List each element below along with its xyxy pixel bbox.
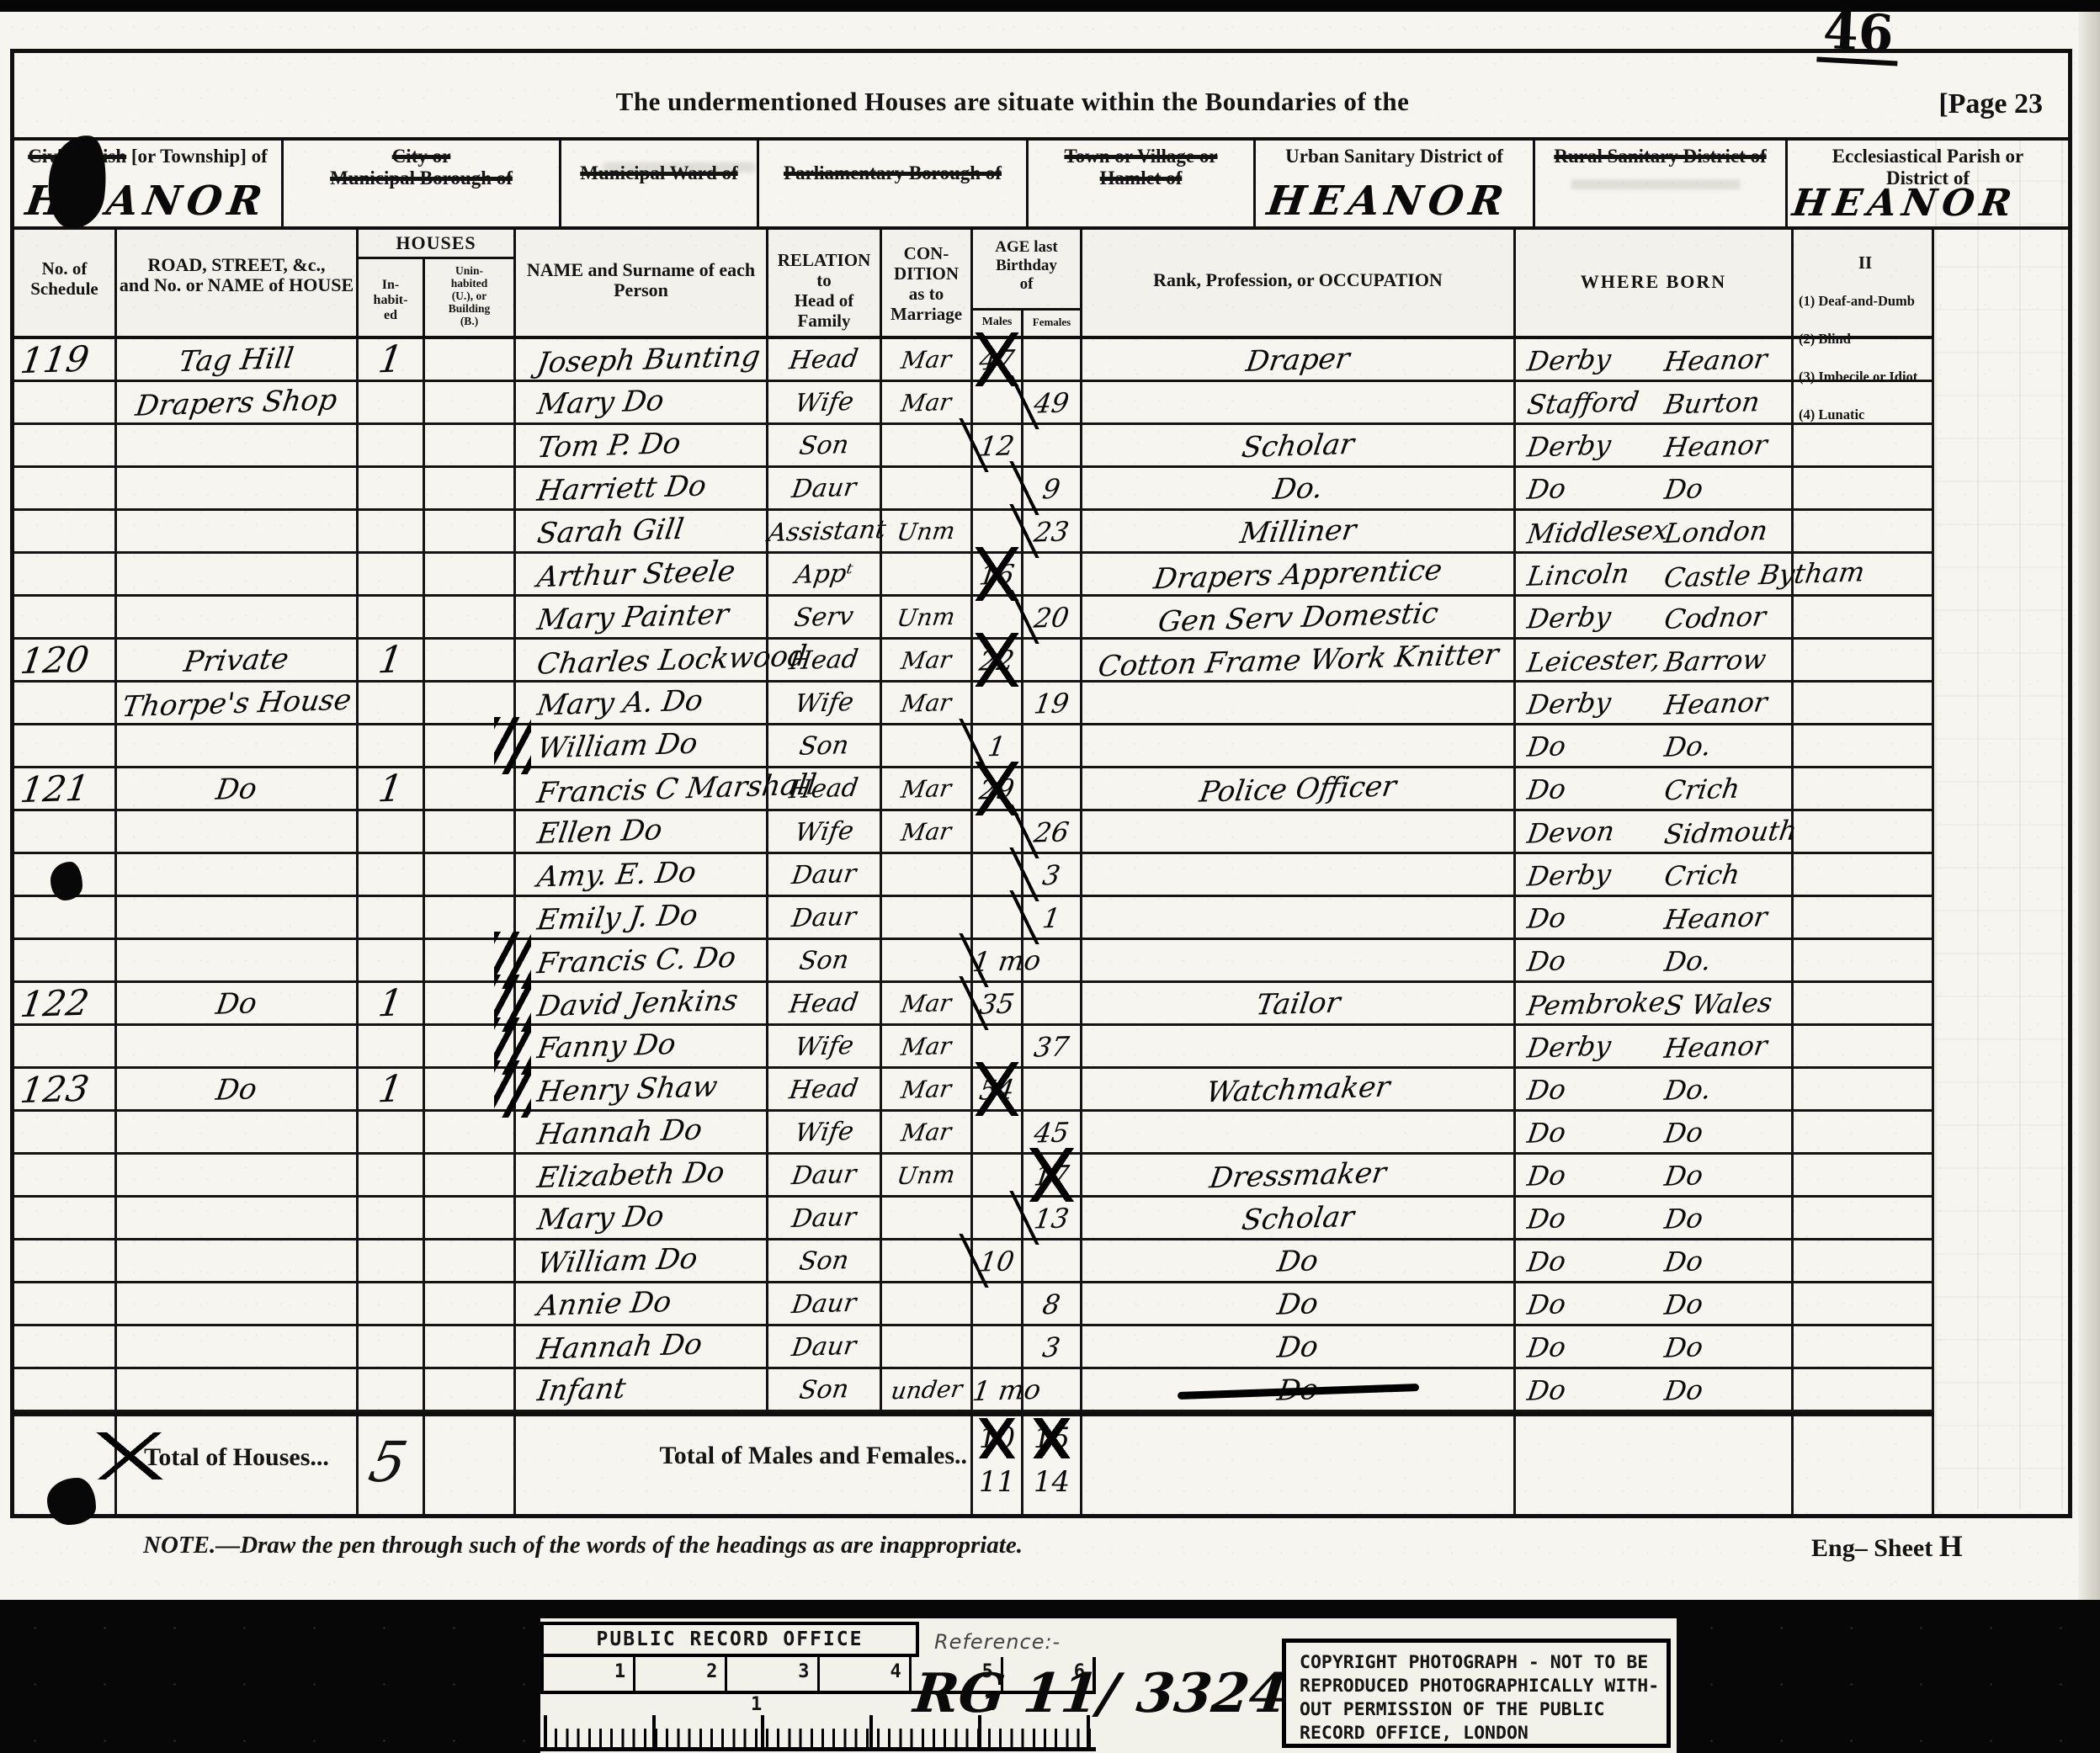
public-record-office-stamp: PUBLIC RECORD OFFICE 1 2 3 4 5 6 1 2 Ref… — [540, 1618, 1677, 1753]
census-photograph: 46 The undermentioned Houses are situate… — [0, 0, 2100, 1753]
cell-u2 — [1794, 940, 1934, 980]
ruler-number: 3 — [727, 1657, 819, 1691]
cell-born: DerbyHeanor — [1516, 1026, 1794, 1066]
cell-occ: Cotton Frame Work Knitter — [1082, 640, 1516, 680]
cell-schedule — [14, 897, 117, 938]
cell-u1 — [425, 1283, 516, 1324]
cell-rel: Appᵗ — [768, 554, 882, 594]
cell-rel: Son — [768, 1240, 882, 1281]
cell-u2 — [1794, 597, 1934, 637]
col-houses-group: HOUSES In- habit- ed Unin- habited (U.),… — [359, 230, 516, 336]
cell-road — [117, 1198, 359, 1238]
cell-af: 20 — [1023, 597, 1082, 637]
cell-rel: Wife — [768, 811, 882, 852]
cell-am: 1 — [973, 725, 1023, 766]
cell-rel: Head — [768, 640, 882, 680]
cell-am — [973, 468, 1023, 508]
cell-born: DoDo — [1516, 1326, 1794, 1367]
district-town-village: Town or Village or Hamlet of — [1029, 141, 1256, 226]
table-row: InfantSonunder1 moDoDoDo — [14, 1369, 1934, 1412]
cell-af — [1023, 339, 1082, 380]
cell-road — [117, 425, 359, 465]
cell-u2 — [1794, 1069, 1934, 1109]
totals-born-cell — [1516, 1416, 1794, 1514]
cell-inh — [359, 597, 425, 637]
cell-cond: Unm — [882, 1155, 973, 1195]
cell-cond: Mar — [882, 1069, 973, 1109]
cell-am: 1 mo — [973, 1369, 1023, 1410]
totals-occupation-cell — [1082, 1416, 1516, 1514]
col-disability-title: II — [1799, 253, 1932, 272]
table-row: Annie DoDaur8DoDoDo — [14, 1283, 1934, 1326]
table-row: 122Do1David JenkinsHeadMar35TailorPembro… — [14, 983, 1934, 1026]
cell-name: Francis C Marshall — [516, 768, 768, 809]
table-header: No. of Schedule ROAD, STREET, &c., and N… — [14, 230, 1934, 339]
cell-u2 — [1794, 725, 1934, 766]
cell-name: Joseph Bunting — [516, 339, 768, 380]
cell-road — [117, 811, 359, 852]
cell-af — [1023, 940, 1082, 980]
page-edge — [2078, 12, 2100, 1600]
table-row: 123Do1Henry ShawHeadMar54WatchmakerDoDo. — [14, 1069, 1934, 1112]
cell-am — [973, 1198, 1023, 1238]
col-name: NAME and Surname of each Person — [516, 230, 768, 336]
cell-am — [973, 511, 1023, 551]
table-row: Mary PainterServUnm20Gen Serv DomesticDe… — [14, 597, 1934, 640]
cell-name: Arthur Steele — [516, 554, 768, 594]
cell-schedule — [14, 1369, 117, 1410]
cell-occ — [1082, 897, 1516, 938]
cell-af: 49 — [1023, 382, 1082, 422]
cell-inh: 1 — [359, 339, 425, 380]
district-parliamentary-borough: Parliamentary Borough of — [759, 141, 1029, 226]
cell-af — [1023, 768, 1082, 809]
district-boxes-row: Civil Parish [or Township] of HEANOR Cit… — [14, 137, 2068, 230]
cell-name: Hannah Do — [516, 1112, 768, 1152]
cell-u1 — [425, 725, 516, 766]
totals-uninhabited-cell — [425, 1416, 516, 1514]
cell-name: Fanny Do — [516, 1026, 768, 1066]
cell-rel: Daur — [768, 897, 882, 938]
cell-name: Elizabeth Do — [516, 1155, 768, 1195]
cell-born: Leicester,Barrow — [1516, 640, 1794, 680]
cell-af: 9 — [1023, 468, 1082, 508]
cell-cond — [882, 725, 973, 766]
col-road: ROAD, STREET, &c., and No. or NAME of HO… — [117, 230, 359, 336]
cell-af — [1023, 554, 1082, 594]
cell-rel: Daur — [768, 1326, 882, 1367]
cell-rel: Head — [768, 768, 882, 809]
cell-cond: Mar — [882, 768, 973, 809]
ruler-number: 4 — [820, 1657, 912, 1691]
table-row: Harriett DoDaur9Do.DoDo — [14, 468, 1934, 511]
cell-road — [117, 1112, 359, 1152]
cell-af — [1023, 983, 1082, 1023]
cell-schedule — [14, 1240, 117, 1281]
cell-rel: Son — [768, 725, 882, 766]
cell-inh — [359, 382, 425, 422]
cell-occ: Draper — [1082, 339, 1516, 380]
pen-cross-mark — [91, 1432, 168, 1479]
cell-road — [117, 1326, 359, 1367]
census-scan-page: 46 The undermentioned Houses are situate… — [0, 12, 2100, 1600]
cell-schedule — [14, 1026, 117, 1066]
cell-cond — [882, 425, 973, 465]
totals-houses-value: 5 — [359, 1416, 425, 1514]
cell-occ: Scholar — [1082, 425, 1516, 465]
cell-occ: Dressmaker — [1082, 1155, 1516, 1195]
cell-u1 — [425, 1069, 516, 1109]
cell-u1 — [425, 811, 516, 852]
cell-road — [117, 940, 359, 980]
table-row: Elizabeth DoDaurUnm17DressmakerDoDo — [14, 1155, 1934, 1198]
cell-road — [117, 854, 359, 895]
cell-name: Henry Shaw — [516, 1069, 768, 1109]
cell-schedule — [14, 1112, 117, 1152]
cell-occ: Drapers Apprentice — [1082, 554, 1516, 594]
cell-u1 — [425, 425, 516, 465]
table-row: Hannah DoDaur3DoDoDo — [14, 1326, 1934, 1369]
cell-inh — [359, 1155, 425, 1195]
col-schedule: No. of Schedule — [14, 230, 117, 336]
cell-cond — [882, 1240, 973, 1281]
col-uninhabited: Unin- habited (U.), or Building (B.) — [425, 259, 513, 336]
cell-am — [973, 1155, 1023, 1195]
cell-schedule — [14, 1198, 117, 1238]
cell-u1 — [425, 1240, 516, 1281]
cell-rel: Daur — [768, 1198, 882, 1238]
cell-u2 — [1794, 811, 1934, 852]
cell-schedule: 123 — [14, 1069, 117, 1109]
table-row: Sarah GillAssistantUnm23MillinerMiddlese… — [14, 511, 1934, 554]
cell-af: 1 — [1023, 897, 1082, 938]
totals-males-crossed: 10 — [973, 1416, 1021, 1460]
table-row: Tom P. DoSon12ScholarDerbyHeanor — [14, 425, 1934, 468]
cell-am — [973, 1326, 1023, 1367]
cell-inh — [359, 1240, 425, 1281]
ruler-number: 1 — [751, 1694, 762, 1715]
cell-cond: Mar — [882, 811, 973, 852]
cell-inh — [359, 683, 425, 723]
cell-rel: Son — [768, 1369, 882, 1410]
cell-u2 — [1794, 382, 1934, 422]
cell-u1 — [425, 940, 516, 980]
cell-am — [973, 683, 1023, 723]
cell-schedule — [14, 811, 117, 852]
cell-af: 8 — [1023, 1283, 1082, 1324]
cell-af — [1023, 1369, 1082, 1410]
cell-cond — [882, 1198, 973, 1238]
cell-cond: Mar — [882, 339, 973, 380]
cell-occ: Police Officer — [1082, 768, 1516, 809]
cell-inh — [359, 1283, 425, 1324]
totals-males-corrected: 11 — [973, 1460, 1021, 1504]
totals-disability-cell — [1794, 1416, 1934, 1514]
cell-born: DoDo — [1516, 468, 1794, 508]
cell-u2 — [1794, 983, 1934, 1023]
table-row: 120Private1Charles LockwoodHeadMar22Cott… — [14, 640, 1934, 683]
cell-inh — [359, 1326, 425, 1367]
cell-cond: Mar — [882, 683, 973, 723]
cell-born: DerbyCrich — [1516, 854, 1794, 895]
cell-inh: 1 — [359, 640, 425, 680]
cell-inh: 1 — [359, 1069, 425, 1109]
cell-inh — [359, 468, 425, 508]
cell-occ: Tailor — [1082, 983, 1516, 1023]
cell-u1 — [425, 1369, 516, 1410]
cell-occ: Scholar — [1082, 1198, 1516, 1238]
cell-schedule: 120 — [14, 640, 117, 680]
cell-occ: Do — [1082, 1240, 1516, 1281]
col-relation: RELATION to Head of Family — [768, 230, 882, 336]
cell-u1 — [425, 511, 516, 551]
col-females: Females — [1023, 311, 1080, 336]
cell-af — [1023, 425, 1082, 465]
cell-born: DoDo — [1516, 1112, 1794, 1152]
cell-u2 — [1794, 683, 1934, 723]
cell-inh — [359, 1112, 425, 1152]
cell-cond: Mar — [882, 382, 973, 422]
cell-u1 — [425, 1155, 516, 1195]
cell-occ: Watchmaker — [1082, 1069, 1516, 1109]
footer-note: NOTE.—Draw the pen through such of the w… — [143, 1532, 1023, 1559]
cell-af — [1023, 1069, 1082, 1109]
cell-inh: 1 — [359, 983, 425, 1023]
cell-road: Do — [117, 983, 359, 1023]
reference-label: Reference:- — [934, 1630, 1061, 1654]
cell-road: Do — [117, 1069, 359, 1109]
cell-am — [973, 897, 1023, 938]
cell-u1 — [425, 468, 516, 508]
cell-rel: Wife — [768, 382, 882, 422]
cell-u1 — [425, 640, 516, 680]
cell-occ — [1082, 382, 1516, 422]
district-label: [or Township] of — [131, 146, 268, 167]
cell-schedule: 122 — [14, 983, 117, 1023]
cell-born: DoHeanor — [1516, 897, 1794, 938]
cell-born: DerbyCodnor — [1516, 597, 1794, 637]
cell-am — [973, 1112, 1023, 1152]
cell-occ — [1082, 1026, 1516, 1066]
ink-smudge — [1571, 179, 1740, 189]
cell-af: 19 — [1023, 683, 1082, 723]
cell-schedule — [14, 554, 117, 594]
col-disability: II (1) Deaf-and-Dumb (2) Blind (3) Imbec… — [1794, 230, 1934, 336]
cell-road — [117, 1369, 359, 1410]
cell-born: DoDo — [1516, 1198, 1794, 1238]
cell-name: Sarah Gill — [516, 511, 768, 551]
cell-u2 — [1794, 1112, 1934, 1152]
cell-u1 — [425, 1026, 516, 1066]
cell-born: StaffordBurton — [1516, 382, 1794, 422]
cell-cond: under — [882, 1369, 973, 1410]
cell-u1 — [425, 1112, 516, 1152]
cell-born: PembrokeS Wales — [1516, 983, 1794, 1023]
cell-rel: Assistant — [768, 511, 882, 551]
cell-name: Annie Do — [516, 1283, 768, 1324]
cell-u2 — [1794, 897, 1934, 938]
cell-born: DoDo — [1516, 1369, 1794, 1410]
cell-road: Do — [117, 768, 359, 809]
cell-born: DoDo — [1516, 1283, 1794, 1324]
cell-road — [117, 1155, 359, 1195]
table-row: Hannah DoWifeMar45DoDo — [14, 1112, 1934, 1155]
col-occupation: Rank, Profession, or OCCUPATION — [1082, 230, 1516, 336]
cell-am: 10 — [973, 1240, 1023, 1281]
totals-males: 10 11 — [973, 1416, 1023, 1514]
photograph-bottom-band: PUBLIC RECORD OFFICE 1 2 3 4 5 6 1 2 Ref… — [0, 1600, 2100, 1753]
census-form-frame: The undermentioned Houses are situate wi… — [10, 49, 2072, 1518]
cell-born: DerbyHeanor — [1516, 683, 1794, 723]
cell-rel: Son — [768, 940, 882, 980]
cell-u2 — [1794, 1240, 1934, 1281]
table-row: William DoSon10DoDoDo — [14, 1240, 1934, 1283]
cell-road — [117, 511, 359, 551]
cell-inh — [359, 940, 425, 980]
cell-am: 54 — [973, 1069, 1023, 1109]
census-rows: 119Tag Hill1Joseph BuntingHeadMar47Drape… — [14, 339, 1934, 1412]
cell-occ: Gen Serv Domestic — [1082, 597, 1516, 637]
reference-value-handwritten: RG 11/ 3324 — [911, 1662, 1290, 1725]
cell-road — [117, 1283, 359, 1324]
cell-road — [117, 897, 359, 938]
col-condition: CON- DITION as to Marriage — [882, 230, 973, 336]
totals-females: 15 14 — [1023, 1416, 1082, 1514]
cell-am — [973, 597, 1023, 637]
cell-schedule: 119 — [14, 339, 117, 380]
cell-u2 — [1794, 425, 1934, 465]
cell-born: DoDo — [1516, 1240, 1794, 1281]
table-row: Drapers ShopMary DoWifeMar49StaffordBurt… — [14, 382, 1934, 425]
cell-born: DevonSidmouth — [1516, 811, 1794, 852]
cell-am: 1 mo — [973, 940, 1023, 980]
cell-u2 — [1794, 339, 1934, 380]
cell-road: Private — [117, 640, 359, 680]
cell-schedule — [14, 940, 117, 980]
cell-cond — [882, 1326, 973, 1367]
cell-name: William Do — [516, 725, 768, 766]
cell-occ: Do. — [1082, 468, 1516, 508]
cell-occ: Do — [1082, 1369, 1516, 1410]
cell-road — [117, 597, 359, 637]
cell-u2 — [1794, 640, 1934, 680]
col-males: Males — [973, 311, 1023, 336]
cell-cond: Mar — [882, 1026, 973, 1066]
cell-road — [117, 1240, 359, 1281]
ruler-number: 1 — [544, 1657, 635, 1691]
cell-occ — [1082, 811, 1516, 852]
cell-u1 — [425, 1326, 516, 1367]
cell-rel: Head — [768, 339, 882, 380]
cell-schedule — [14, 597, 117, 637]
table-row: William DoSon1DoDo. — [14, 725, 1934, 768]
cell-cond — [882, 940, 973, 980]
cell-inh — [359, 554, 425, 594]
cell-u2 — [1794, 1283, 1934, 1324]
cell-cond — [882, 1283, 973, 1324]
cell-rel: Daur — [768, 468, 882, 508]
page-number-label: [Page 23 — [1938, 88, 2043, 120]
cell-occ — [1082, 725, 1516, 766]
cell-u2 — [1794, 554, 1934, 594]
cell-af: 3 — [1023, 854, 1082, 895]
sheet-footer: Eng– Sheet H — [1811, 1528, 1963, 1564]
cell-schedule: 121 — [14, 768, 117, 809]
cell-occ: Do — [1082, 1326, 1516, 1367]
cell-u2 — [1794, 468, 1934, 508]
form-title: The undermentioned Houses are situate wi… — [14, 87, 2011, 117]
cell-cond: Mar — [882, 1112, 973, 1152]
ink-blot — [47, 1478, 96, 1525]
cell-inh — [359, 1026, 425, 1066]
cell-af — [1023, 1240, 1082, 1281]
col-houses: HOUSES — [359, 230, 513, 259]
table-row: 121Do1Francis C MarshallHeadMar29Police … — [14, 768, 1934, 811]
cell-name: Harriett Do — [516, 468, 768, 508]
cell-inh — [359, 511, 425, 551]
totals-females-crossed: 15 — [1023, 1416, 1080, 1460]
cell-rel: Head — [768, 983, 882, 1023]
cell-u1 — [425, 554, 516, 594]
cell-schedule — [14, 425, 117, 465]
district-municipal-ward: Municipal Ward of — [561, 141, 759, 226]
cell-name: Charles Lockwood — [516, 640, 768, 680]
district-urban-sanitary: Urban Sanitary District of HEANOR — [1256, 141, 1535, 226]
cell-schedule — [14, 511, 117, 551]
cell-name: Mary Do — [516, 382, 768, 422]
cell-road — [117, 725, 359, 766]
cell-occ: Do — [1082, 1283, 1516, 1324]
cell-u1 — [425, 854, 516, 895]
table-row: Arthur SteeleAppᵗ16Drapers ApprenticeLin… — [14, 554, 1934, 597]
cell-name: Mary Painter — [516, 597, 768, 637]
cell-schedule — [14, 1283, 117, 1324]
cell-am: 29 — [973, 768, 1023, 809]
cell-cond: Mar — [882, 983, 973, 1023]
cell-rel: Daur — [768, 854, 882, 895]
cell-name: Francis C. Do — [516, 940, 768, 980]
cell-born: DerbyHeanor — [1516, 425, 1794, 465]
cell-u2 — [1794, 511, 1934, 551]
cell-born: DoCrich — [1516, 768, 1794, 809]
cell-rel: Head — [768, 1069, 882, 1109]
cell-u2 — [1794, 768, 1934, 809]
totals-row: Total of Houses... 5 Total of Males and … — [14, 1412, 1934, 1514]
cell-u1 — [425, 1198, 516, 1238]
cell-name: Amy. E. Do — [516, 854, 768, 895]
cell-occ: Milliner — [1082, 511, 1516, 551]
table-row: Emily J. DoDaur1DoHeanor — [14, 897, 1934, 940]
cell-inh — [359, 1198, 425, 1238]
cell-road — [117, 468, 359, 508]
totals-males-females-label: Total of Males and Females.. — [516, 1416, 973, 1514]
cell-am — [973, 1283, 1023, 1324]
cell-occ — [1082, 683, 1516, 723]
cell-name: Mary Do — [516, 1198, 768, 1238]
totals-females-corrected: 14 — [1023, 1460, 1080, 1504]
cell-am: 47 — [973, 339, 1023, 380]
cell-am: 22 — [973, 640, 1023, 680]
cell-u1 — [425, 683, 516, 723]
table-row: Ellen DoWifeMar26DevonSidmouth — [14, 811, 1934, 854]
table-row: 119Tag Hill1Joseph BuntingHeadMar47Drape… — [14, 339, 1934, 382]
cell-inh: 1 — [359, 768, 425, 809]
cell-occ — [1082, 854, 1516, 895]
cell-schedule — [14, 468, 117, 508]
cell-name: Tom P. Do — [516, 425, 768, 465]
table-row: Amy. E. DoDaur3DerbyCrich — [14, 854, 1934, 897]
table-row: Fanny DoWifeMar37DerbyHeanor — [14, 1026, 1934, 1069]
